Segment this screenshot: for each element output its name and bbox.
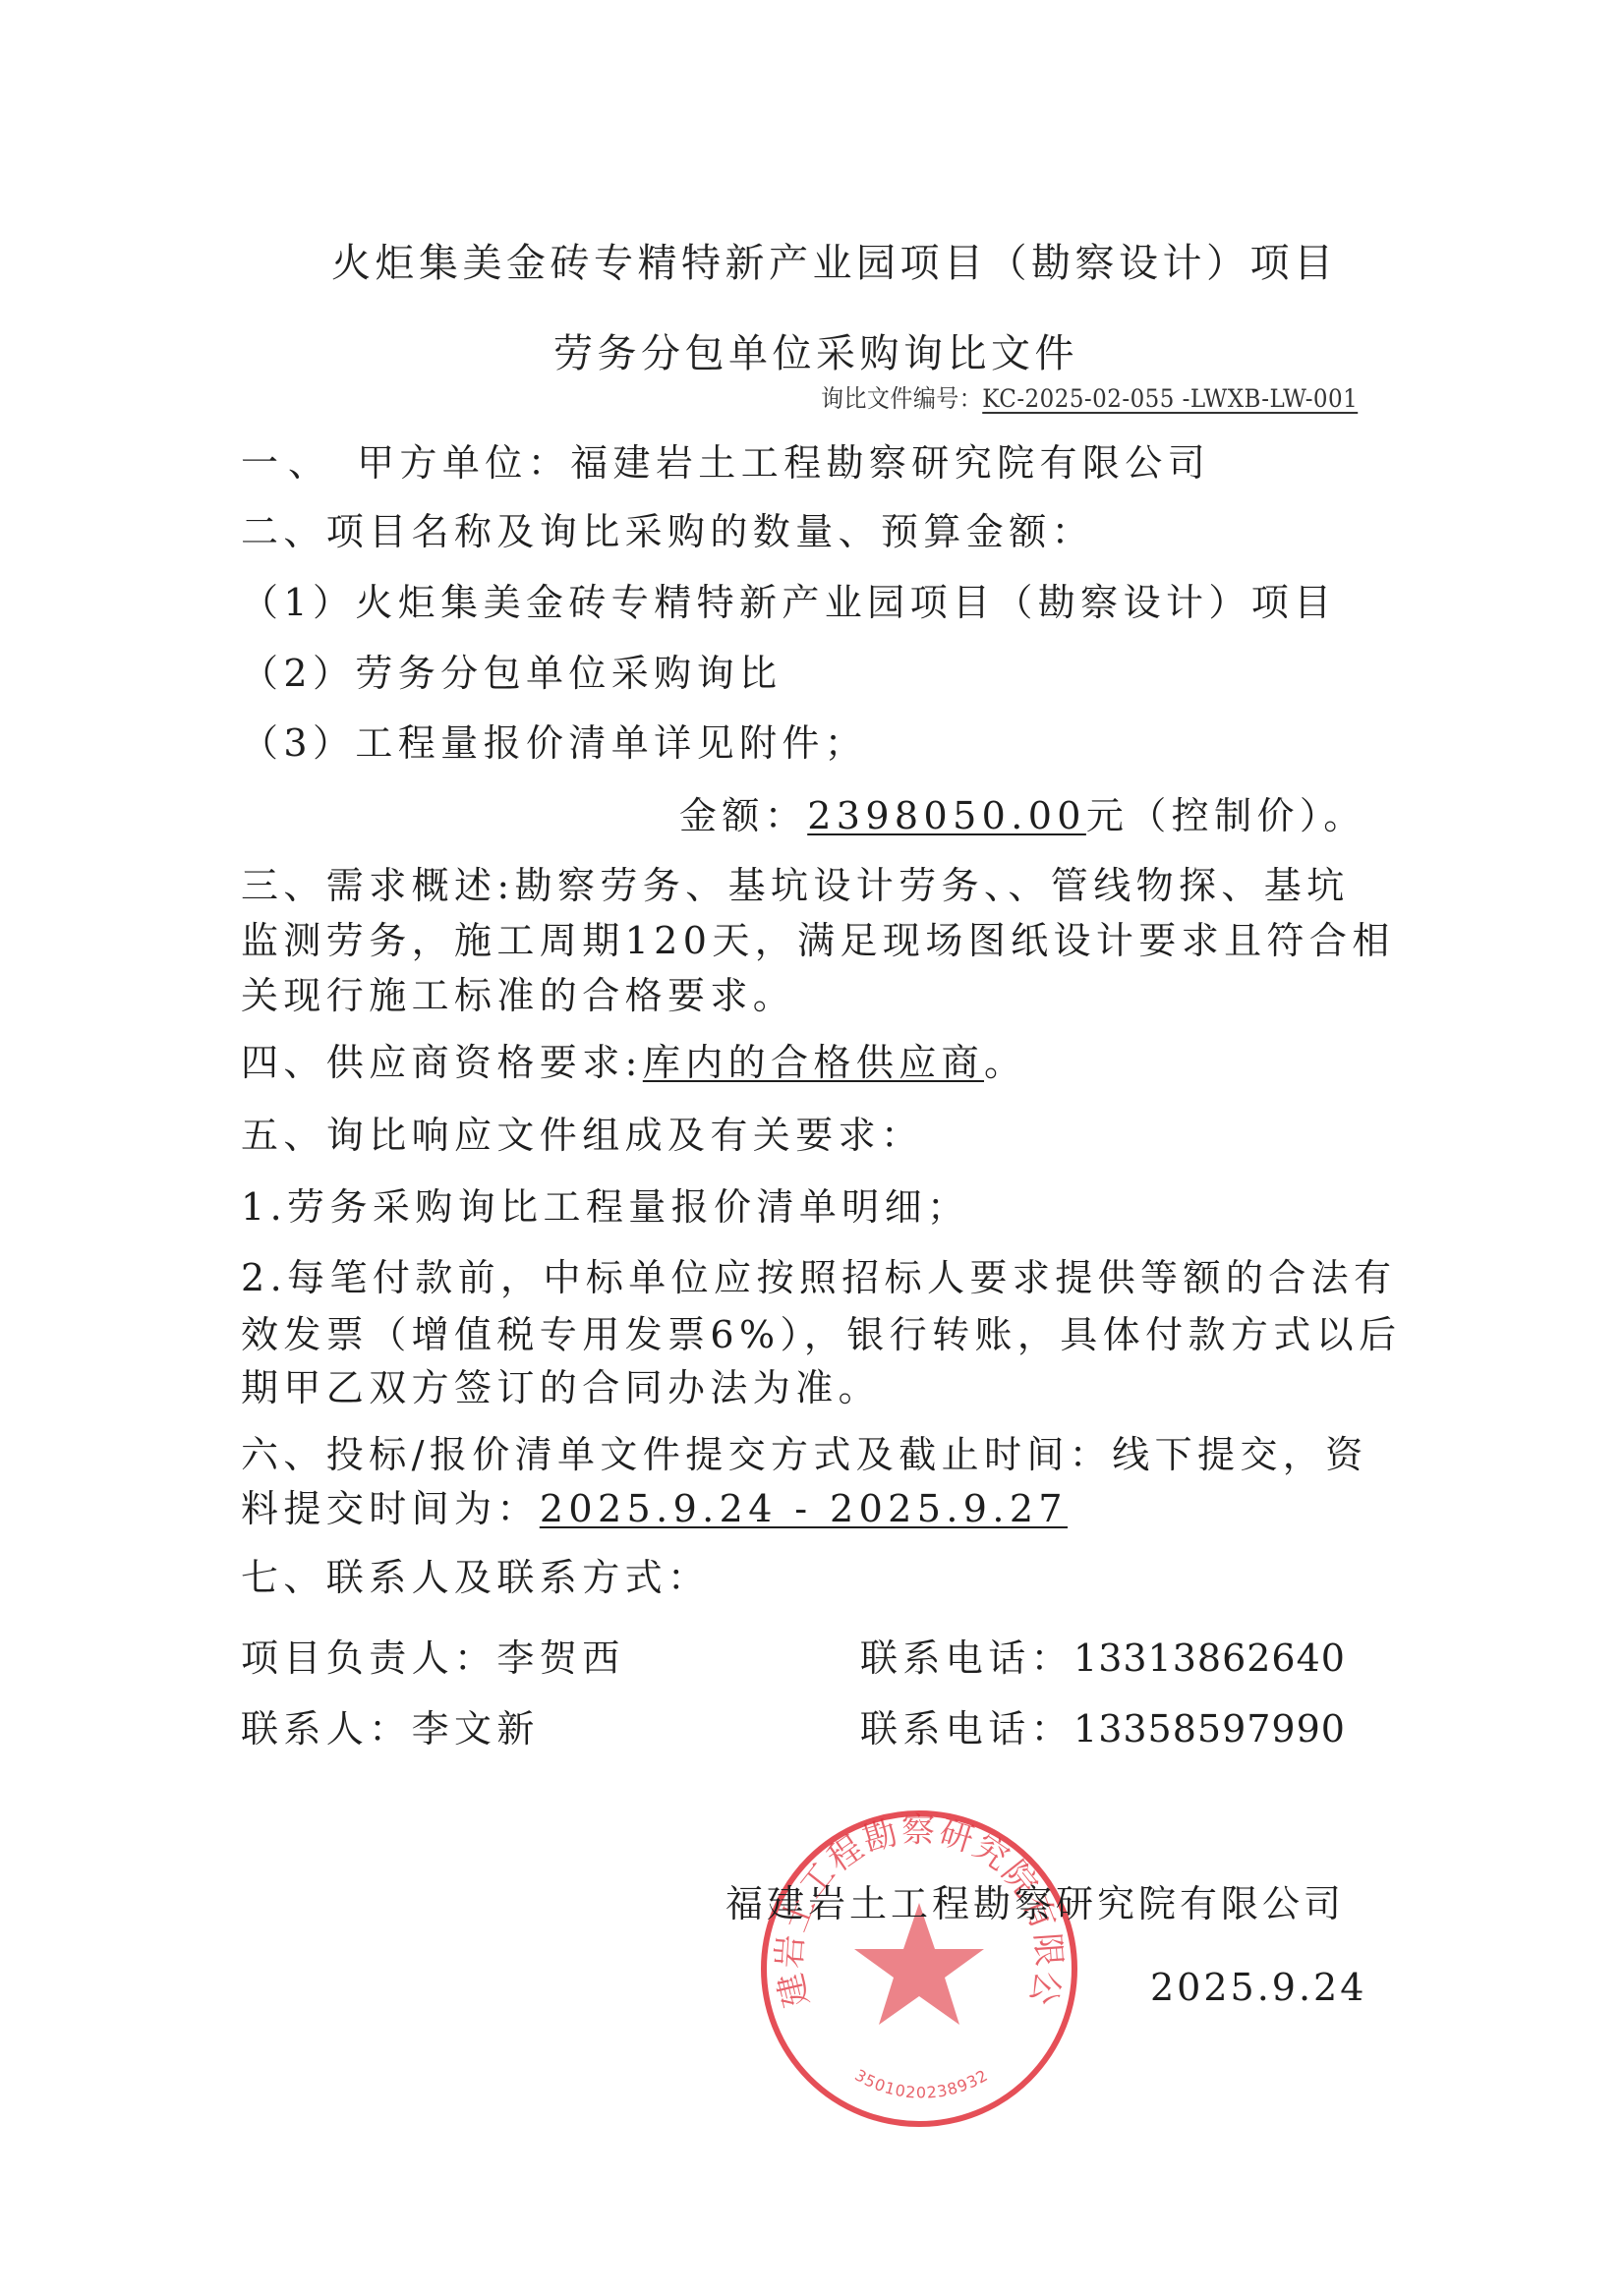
contact-1-role: 项目负责人： xyxy=(241,1636,496,1680)
section-4-label: 四、供应商资格要求: xyxy=(241,1041,643,1084)
section-5-item-2-line-3: 期甲乙双方签订的合同办法为准。 xyxy=(241,1369,881,1406)
contact-2-name: 李文新 xyxy=(412,1707,540,1751)
section-3-line-3: 关现行施工标准的合格要求。 xyxy=(241,977,795,1014)
doc-title-line2: 劳务分包单位采购询比文件 xyxy=(553,334,1078,373)
contact-2-person: 联系人：李文新 xyxy=(241,1710,540,1748)
section-5-heading: 五、询比响应文件组成及有关要求： xyxy=(241,1117,923,1154)
supplier-requirement: 库内的合格供应商 xyxy=(643,1041,984,1084)
signature-date: 2025.9.24 xyxy=(1150,1969,1366,2006)
contact-1-phone: 联系电话：13313862640 xyxy=(860,1639,1346,1677)
contact-1-phone-number: 13313862640 xyxy=(1073,1636,1346,1680)
submission-period: 2025.9.24 - 2025.9.27 xyxy=(540,1487,1068,1530)
seal-icon: 福建岩土工程勘察研究院有限公司 3501020238932 xyxy=(757,1807,1081,2131)
client-company: 福建岩土工程勘察研究院有限公司 xyxy=(570,441,1210,485)
section-1-label: 甲方单位： xyxy=(357,441,570,485)
company-seal-stamp: 福建岩土工程勘察研究院有限公司 3501020238932 xyxy=(757,1807,1081,2131)
doc-title-line1: 火炬集美金砖专精特新产业园项目（勘察设计）项目 xyxy=(331,244,1338,283)
section-4: 四、供应商资格要求:库内的合格供应商。 xyxy=(241,1044,1026,1081)
doc-number-label: 询比文件编号： xyxy=(821,384,982,413)
submission-label: 料提交时间为： xyxy=(241,1487,540,1530)
contact-1-phone-label: 联系电话： xyxy=(860,1636,1073,1680)
doc-number-value: KC-2025-02-055 -LWXB-LW-001 xyxy=(982,384,1358,413)
section-7-heading: 七、联系人及联系方式： xyxy=(241,1559,710,1596)
section-5-item-2-line-1: 2.每笔付款前，中标单位应按照招标人要求提供等额的合法有 xyxy=(241,1259,1396,1296)
section-3-line-2: 监测劳务，施工周期120天，满足现场图纸设计要求且符合相 xyxy=(241,922,1395,959)
seal-code: 3501020238932 xyxy=(851,2066,991,2102)
section-6-line-2: 料提交时间为：2025.9.24 - 2025.9.27 xyxy=(241,1490,1068,1527)
contact-2-role: 联系人： xyxy=(241,1707,412,1751)
section-2-heading: 二、项目名称及询比采购的数量、预算金额： xyxy=(241,513,1094,550)
section-4-suffix: 。 xyxy=(984,1041,1026,1084)
contact-2-phone-label: 联系电话： xyxy=(860,1707,1073,1751)
contact-2-phone: 联系电话：13358597990 xyxy=(860,1710,1346,1748)
section-5-item-2-line-2: 效发票（增值税专用发票6%），银行转账，具体付款方式以后 xyxy=(241,1316,1402,1353)
contact-1-person: 项目负责人：李贺西 xyxy=(241,1639,625,1677)
doc-number: 询比文件编号：KC-2025-02-055 -LWXB-LW-001 xyxy=(821,386,1358,411)
svg-text:3501020238932: 3501020238932 xyxy=(851,2066,991,2102)
section-2-item-2: （2）劳务分包单位采购询比 xyxy=(241,655,782,692)
contact-2-phone-number: 13358597990 xyxy=(1073,1707,1346,1751)
section-3-line-1: 三、需求概述:勘察劳务、基坑设计劳务、、管线物探、基坑 xyxy=(241,867,1350,904)
section-2-item-3: （3）工程量报价清单详见附件； xyxy=(241,724,867,762)
budget-amount: 金额：2398050.00元（控制价）。 xyxy=(679,797,1366,834)
signature-company: 福建岩土工程勘察研究院有限公司 xyxy=(725,1885,1345,1923)
amount-label: 金额： xyxy=(679,794,807,837)
document-page: 火炬集美金砖专精特新产业园项目（勘察设计）项目 劳务分包单位采购询比文件 询比文… xyxy=(0,0,1624,2296)
contact-1-name: 李贺西 xyxy=(496,1636,624,1680)
amount-suffix: 元（控制价）。 xyxy=(1086,794,1366,837)
section-2-item-1: （1）火炬集美金砖专精特新产业园项目（勘察设计）项目 xyxy=(241,584,1337,621)
amount-value: 2398050.00 xyxy=(807,794,1086,837)
section-1: 一、 甲方单位：福建岩土工程勘察研究院有限公司 xyxy=(241,444,1210,482)
section-1-prefix: 一、 xyxy=(241,441,357,485)
section-5-item-1: 1.劳务采购询比工程量报价清单明细； xyxy=(241,1188,969,1226)
section-6-line-1: 六、投标/报价清单文件提交方式及截止时间：线下提交，资 xyxy=(241,1436,1368,1473)
